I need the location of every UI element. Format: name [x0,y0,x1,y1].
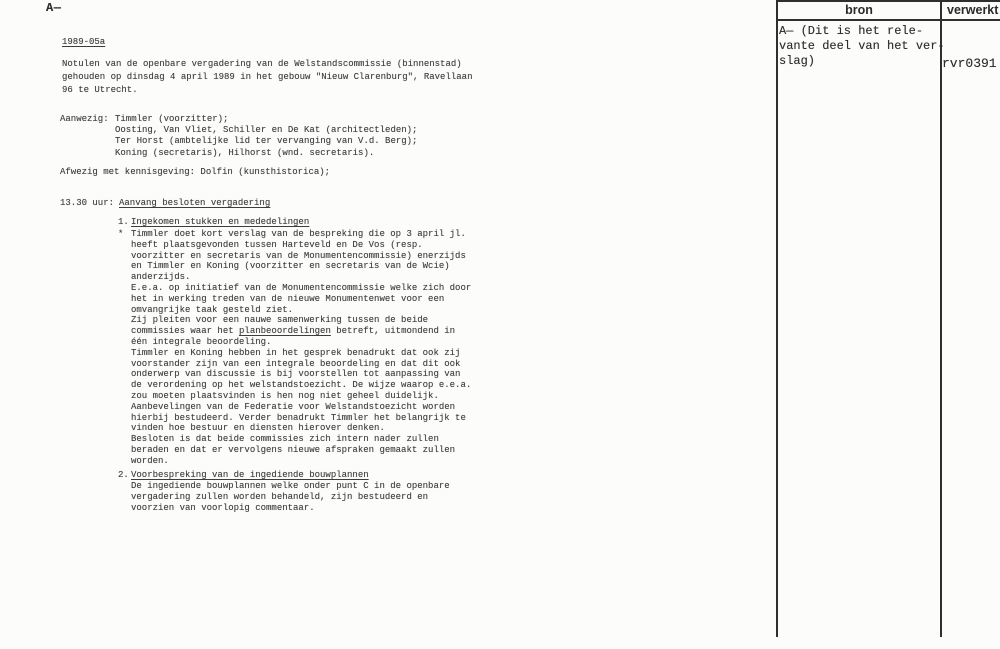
item-1-title: Ingekomen stukken en mededelingen [131,217,309,228]
sidebar-column-divider-rule [940,0,942,637]
item-2-title: Voorbespreking van de ingediende bouwpla… [131,470,369,481]
sidebar-header-bron: bron [778,3,940,17]
session-heading: Aanvang besloten vergadering [119,198,270,209]
item-1-body-before: Timmler doet kort verslag van de besprek… [131,229,471,336]
sidebar-processed-code: rvr0391 [942,56,997,71]
scanned-document-page: A— 1989-05a Notulen van de openbare verg… [0,0,1000,649]
time-label: 13.30 uur: [60,198,114,209]
item-2-number: 2. [118,470,129,481]
item-1-underlined-term: planbeoordelingen [239,326,331,336]
attendees-label: Aanwezig: [60,114,109,125]
attendees-list: Timmler (voorzitter); Oosting, Van Vliet… [115,114,417,159]
item-1-body: Timmler doet kort verslag van de besprek… [131,229,471,467]
sidebar-header-rule [776,19,1000,21]
sidebar-header-verwerkt: verwerkt [947,3,998,17]
item-1-body-after: betreft, uitmondend in één integrale beo… [131,326,471,466]
corner-mark: A— [46,1,61,15]
intro-paragraph: Notulen van de openbare vergadering van … [62,58,472,97]
item-2-body: De ingediende bouwplannen welke onder pu… [131,481,450,513]
sidebar-left-rule [776,0,778,637]
sidebar-source-note: A— (Dit is het rele- vante deel van het … [779,24,945,69]
sidebar-top-rule [776,0,1000,2]
absent-line: Afwezig met kennisgeving: Dolfin (kunsth… [60,167,330,178]
item-1-bullet: * [118,229,123,240]
item-1-number: 1. [118,217,129,228]
doc-number: 1989-05a [62,37,105,48]
